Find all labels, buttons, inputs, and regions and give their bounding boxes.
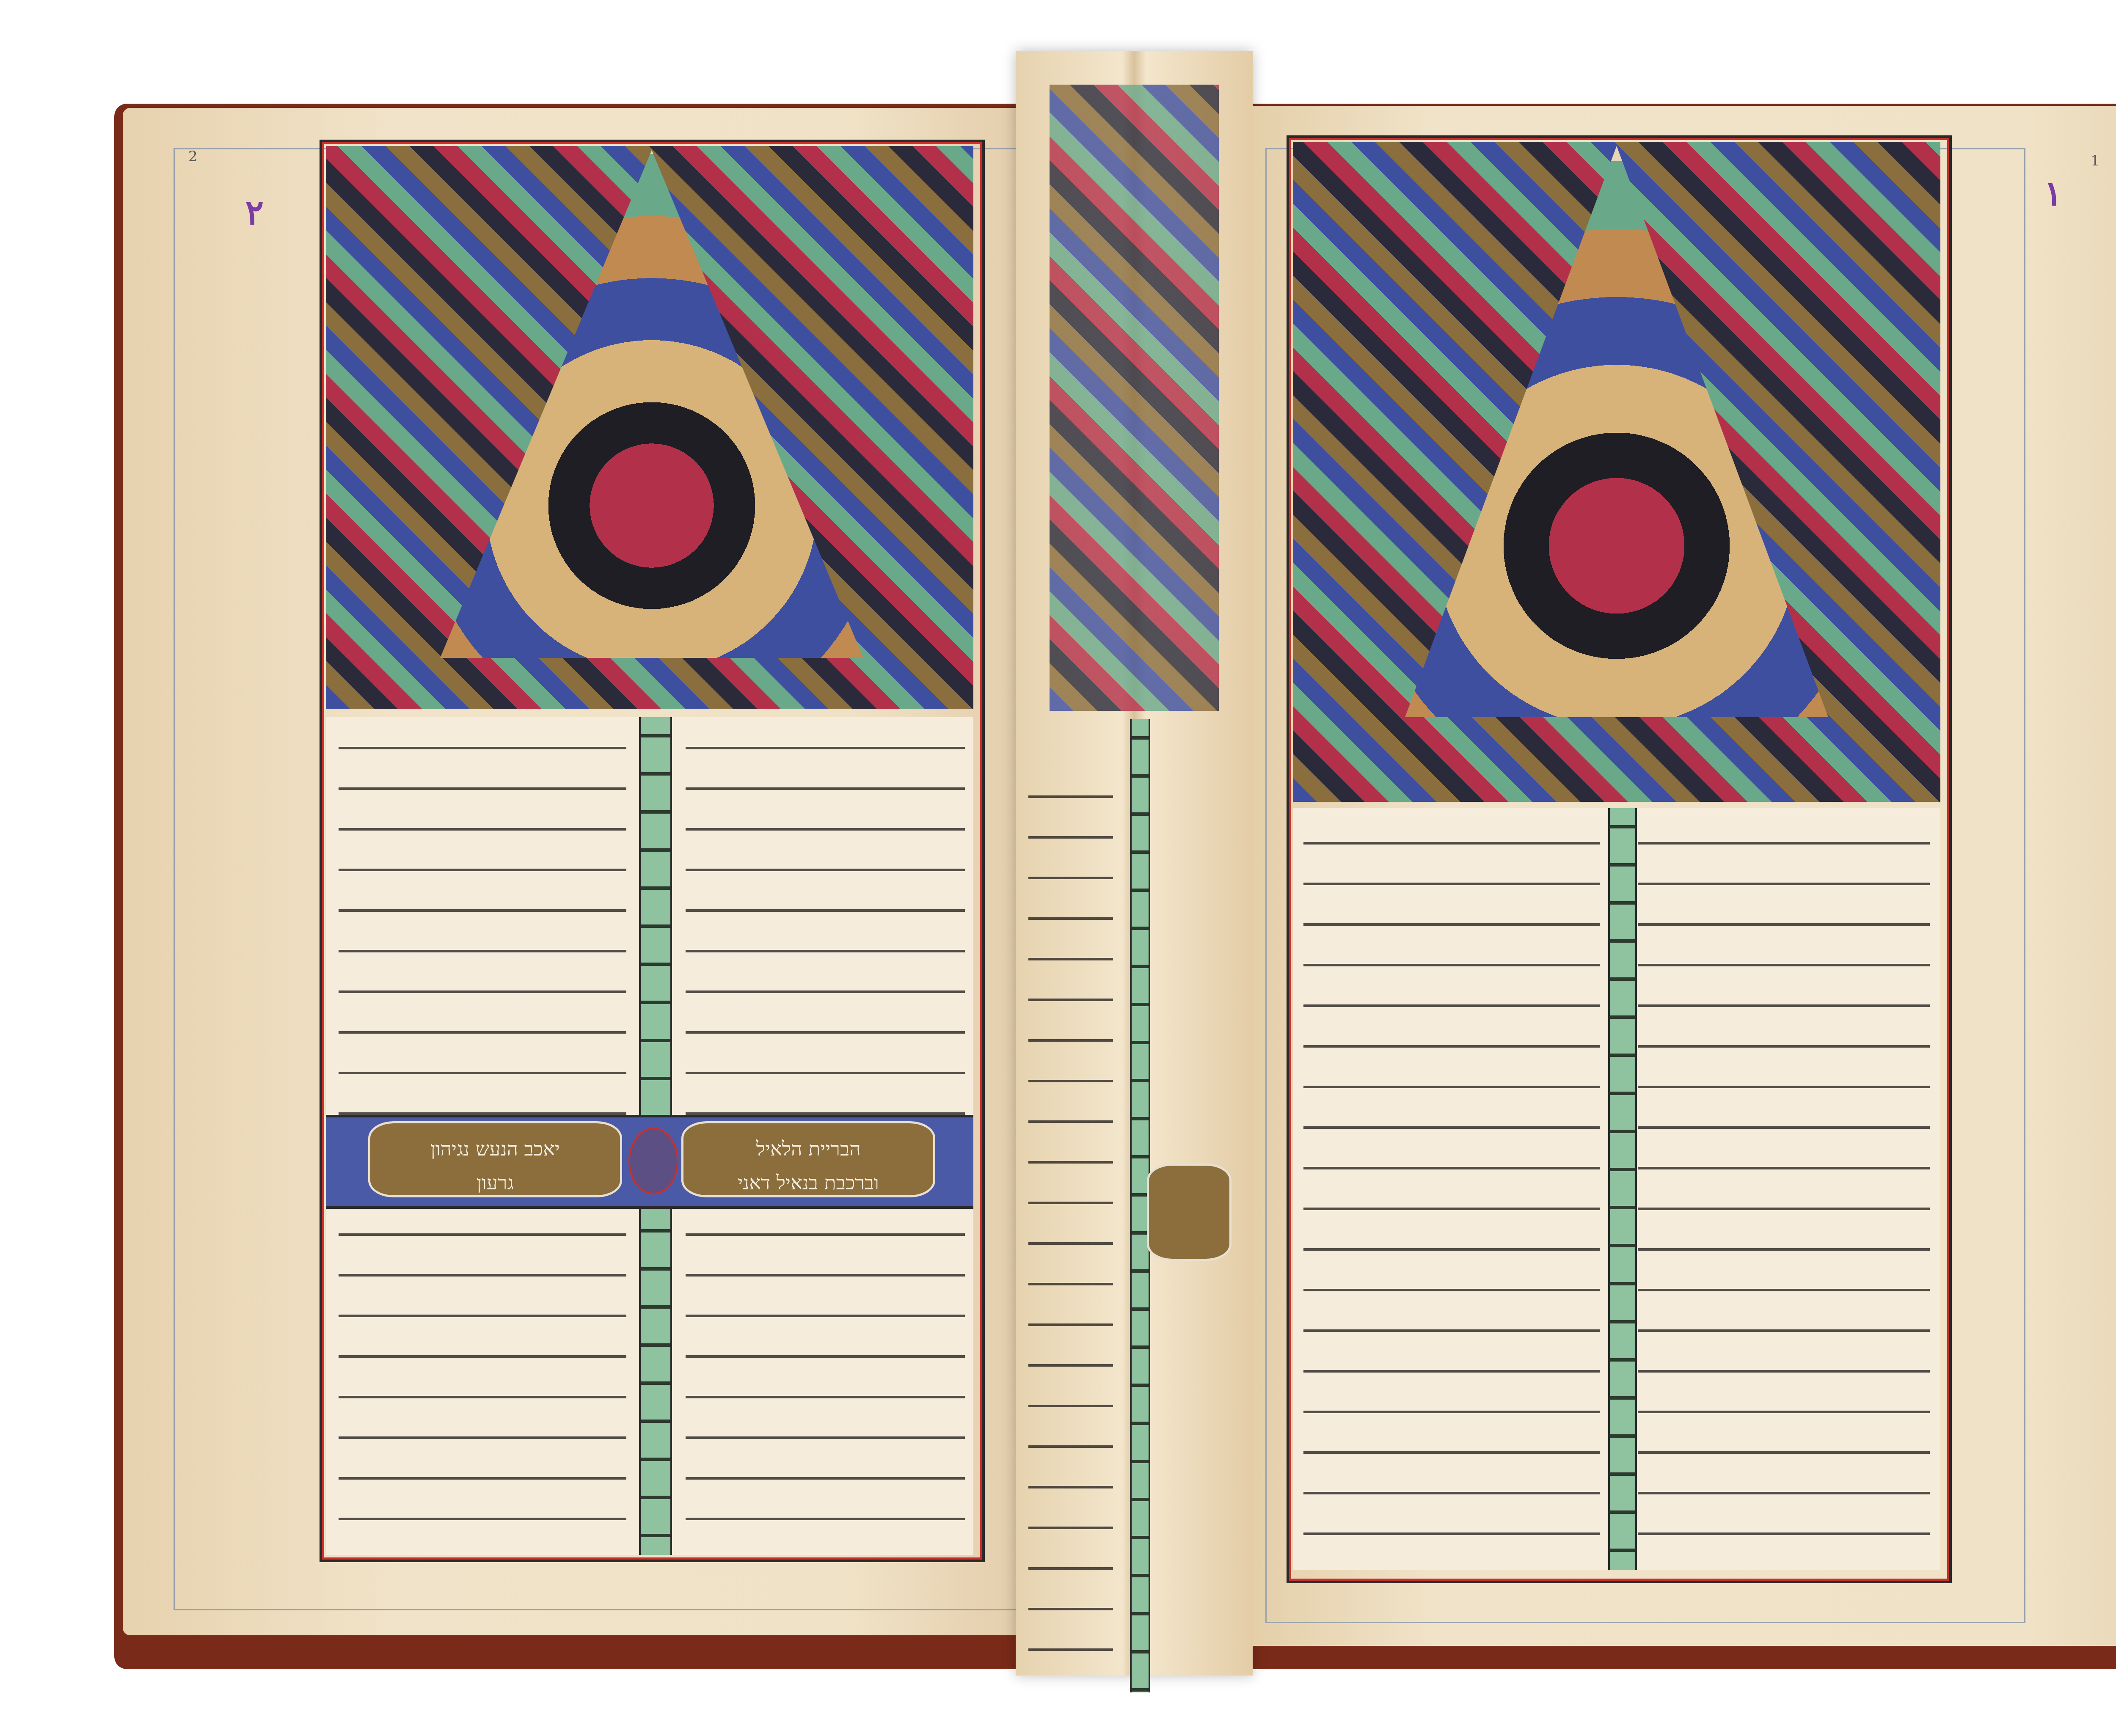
text-column-right-upper bbox=[686, 721, 965, 1174]
text-column-right bbox=[1638, 817, 1930, 1570]
floral-medallion bbox=[628, 1128, 678, 1194]
folded-text bbox=[1028, 770, 1113, 1659]
right-page: 1 ١ bbox=[1253, 106, 2116, 1646]
vine-column-divider bbox=[1608, 808, 1637, 1570]
cartouche-right: הבריית הלאיל וברכבת בנאיל דאני bbox=[681, 1121, 935, 1197]
text-column-left-upper bbox=[339, 721, 626, 1174]
text-column-left bbox=[1303, 817, 1600, 1570]
cartouche-line: יאכב הנעש נגיהון bbox=[370, 1132, 620, 1166]
text-column-left-lower bbox=[339, 1208, 626, 1546]
text-column-right-lower bbox=[686, 1208, 965, 1546]
folio-number: ١ bbox=[2044, 173, 2062, 213]
cartouche-line: הבריית הלאיל bbox=[683, 1132, 933, 1166]
folded-cartouche bbox=[1147, 1164, 1232, 1261]
cartouche-line: וברכבת בנאיל דאני bbox=[683, 1166, 933, 1200]
pencil-folio-number: 2 bbox=[188, 148, 198, 165]
folio-number: ٢ bbox=[245, 193, 264, 232]
pencil-folio-number: 1 bbox=[2091, 152, 2100, 169]
folded-headpiece bbox=[1050, 85, 1219, 711]
cartouche-left: יאכב הנעש נגיהון גרעון bbox=[368, 1121, 622, 1197]
folded-leaf bbox=[1016, 51, 1253, 1675]
left-page: 2 ٢ הבריית הלאיל וברכבת בנאיל דאני יאכב … bbox=[123, 108, 1033, 1635]
cartouche-line: גרעון bbox=[370, 1166, 620, 1200]
